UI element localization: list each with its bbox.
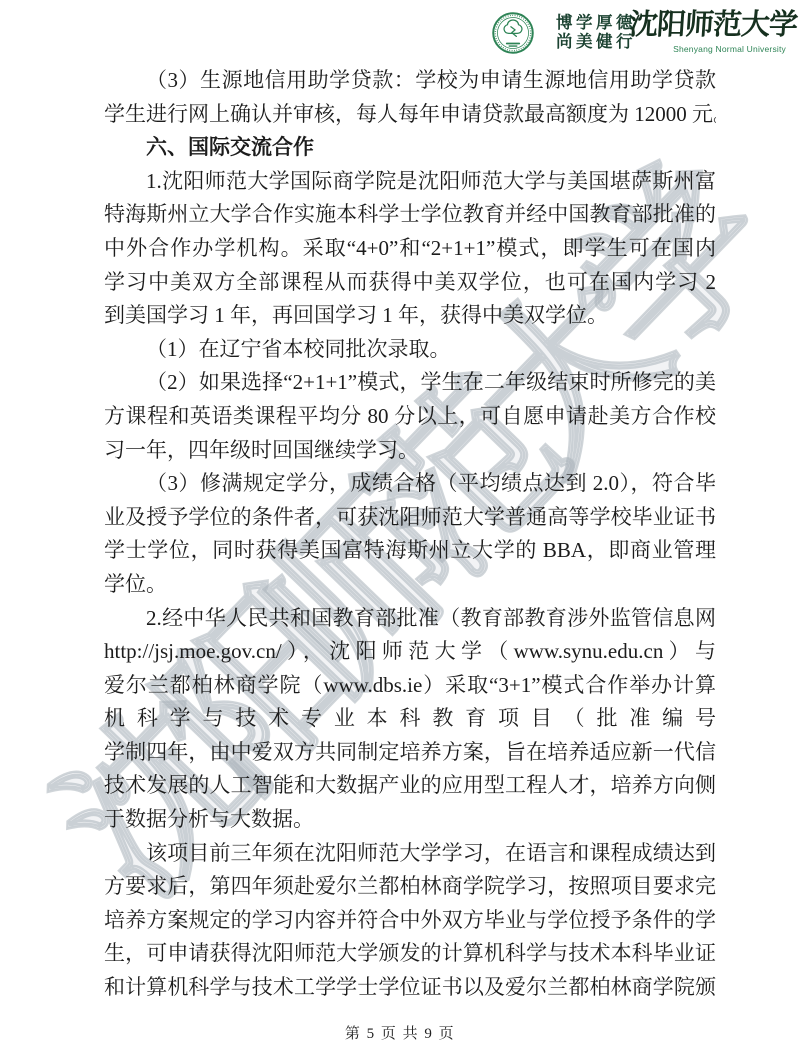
text-line: 学生进行网上确认并审核，每人每年申请贷款最高额度为 12000 元。 [104,98,716,132]
text-line: （3）修满规定学分，成绩合格（平均绩点达到 2.0），符合毕 [104,467,716,501]
motto-line-2: 尚美健行 [556,32,636,51]
text-line: 学习中美双方全部课程从而获得中美双学位，也可在国内学习 2 年， [104,266,716,300]
text-line: 学士学位，同时获得美国富特海斯州立大学的 BBA，即商业管理学士 [104,534,716,568]
text-line: 技术发展的人工智能和大数据产业的应用型工程人才，培养方向侧重 [104,769,716,803]
text-line: （1）在辽宁省本校同批次录取。 [104,333,716,367]
page-footer: 第 5 页 共 9 页 [0,1022,800,1043]
university-motto: 博学厚德 尚美健行 [556,13,636,51]
text-line: 和计算机科学与技术工学学士学位证书以及爱尔兰都柏林商学院颁 [104,971,716,1005]
motto-line-1: 博学厚德 [556,13,636,32]
text-line: （3）生源地信用助学贷款：学校为申请生源地信用助学贷款的 [104,64,716,98]
text-line: 方课程和英语类课程平均分 80 分以上，可自愿申请赴美方合作校学 [104,400,716,434]
text-line: 学制四年，由中爱双方共同制定培养方案，旨在培养适应新一代信息 [104,736,716,770]
document-body: （3）生源地信用助学贷款：学校为申请生源地信用助学贷款的学生进行网上确认并审核，… [104,64,716,1005]
university-seal-icon [492,12,534,54]
text-line: 于数据分析与大数据。 [104,803,716,837]
text-line: 业及授予学位的条件者，可获沈阳师范大学普通高等学校毕业证书和 [104,501,716,535]
text-line: 2.经中华人民共和国教育部批准（教育部教育涉外监管信息网 [104,602,716,636]
text-line: 该项目前三年须在沈阳师范大学学习，在语言和课程成绩达到外 [104,837,716,871]
text-line: 机科学与技术专业本科教育项目（批准编号 MOE21IR2A20212207N）， [104,702,716,736]
text-line: 培养方案规定的学习内容并符合中外双方毕业与学位授予条件的学 [104,904,716,938]
text-line: 爱尔兰都柏林商学院（www.dbs.ie）采取“3+1”模式合作举办计算 [104,669,716,703]
page-header: 博学厚德 尚美健行 沈阳师范大学 Shenyang Normal Univers… [0,0,800,62]
text-line: 特海斯州立大学合作实施本科学士学位教育并经中国教育部批准的 [104,198,716,232]
text-line: 学位。 [104,568,716,602]
text-line: 生，可申请获得沈阳师范大学颁发的计算机科学与技术本科毕业证书 [104,937,716,971]
document-page: 沈阳师范大学 博学厚德 尚美健行 沈阳师范大学 Shenyang Normal … [0,0,800,1050]
university-name-zh: 沈阳师范大学 [628,6,791,44]
text-line: 习一年，四年级时回国继续学习。 [104,434,716,468]
text-line: 中外合作办学机构。采取“4+0”和“2+1+1”模式，即学生可在国内 [104,232,716,266]
text-line: 六、国际交流合作 [104,131,716,165]
text-line: 到美国学习 1 年，再回国学习 1 年，获得中美双学位。 [104,299,716,333]
text-line: 方要求后，第四年须赴爱尔兰都柏林商学院学习，按照项目要求完成 [104,870,716,904]
university-name-en: Shenyang Normal University [630,44,786,54]
text-line: http://jsj.moe.gov.cn/），沈阳师范大学（www.synu.… [104,635,716,669]
text-line: 1.沈阳师范大学国际商学院是沈阳师范大学与美国堪萨斯州富 [104,165,716,199]
text-line: （2）如果选择“2+1+1”模式，学生在二年级结束时所修完的美 [104,366,716,400]
